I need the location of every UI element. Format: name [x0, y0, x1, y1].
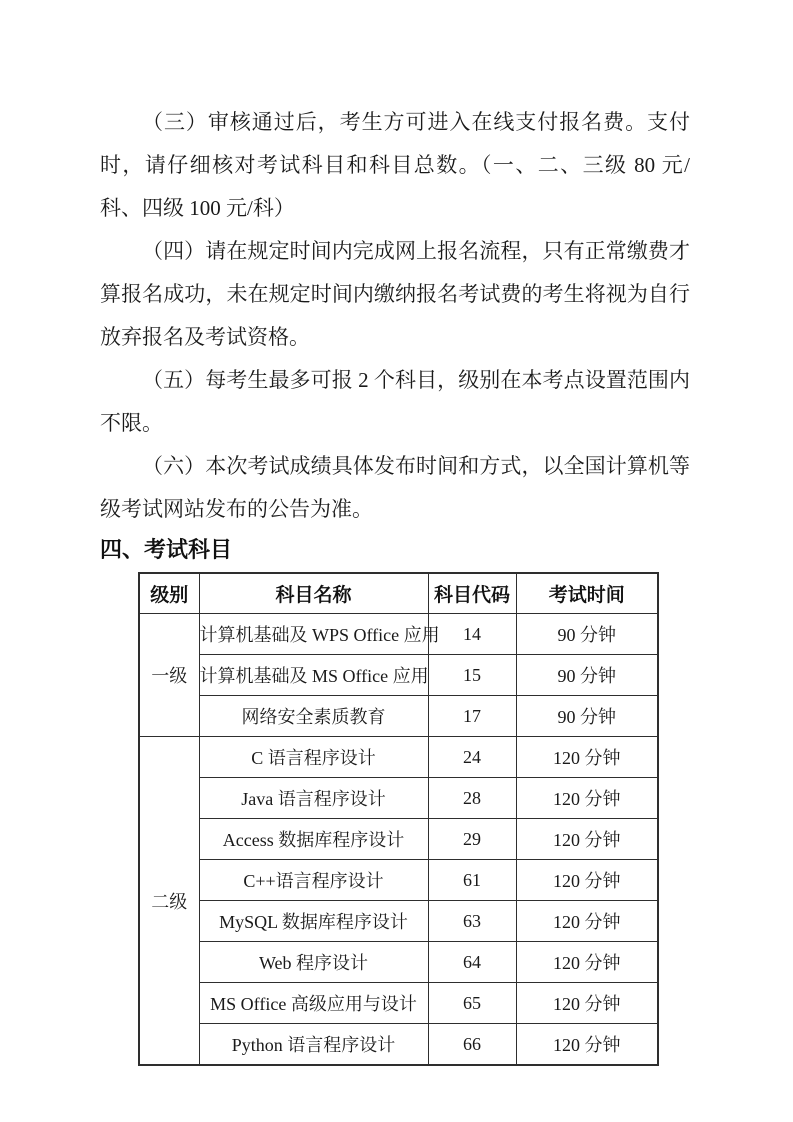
- duration-cell: 120 分钟: [516, 1024, 658, 1066]
- col-header-level: 级别: [139, 573, 199, 614]
- subject-cell: Access 数据库程序设计: [199, 819, 428, 860]
- code-cell: 61: [428, 860, 516, 901]
- subject-cell: 计算机基础及 MS Office 应用: [199, 655, 428, 696]
- code-cell: 14: [428, 614, 516, 655]
- col-header-exam-duration: 考试时间: [516, 573, 658, 614]
- level-cell-grade1: 一级: [139, 614, 199, 737]
- level-cell-grade2: 二级: [139, 737, 199, 1066]
- table-row: Java 语言程序设计 28 120 分钟: [139, 778, 658, 819]
- table-row: Web 程序设计 64 120 分钟: [139, 942, 658, 983]
- paragraph-item-6: （六）本次考试成绩具体发布时间和方式，以全国计算机等级考试网站发布的公告为准。: [100, 445, 690, 531]
- duration-cell: 90 分钟: [516, 655, 658, 696]
- duration-cell: 90 分钟: [516, 696, 658, 737]
- col-header-subject-name: 科目名称: [199, 573, 428, 614]
- document-content: （三）审核通过后，考生方可进入在线支付报名费。支付时，请仔细核对考试科目和科目总…: [0, 0, 793, 1066]
- subject-cell: C 语言程序设计: [199, 737, 428, 778]
- subject-cell: Web 程序设计: [199, 942, 428, 983]
- duration-cell: 90 分钟: [516, 614, 658, 655]
- subject-cell: Python 语言程序设计: [199, 1024, 428, 1066]
- table-row: MS Office 高级应用与设计 65 120 分钟: [139, 983, 658, 1024]
- col-header-subject-code: 科目代码: [428, 573, 516, 614]
- code-cell: 65: [428, 983, 516, 1024]
- duration-cell: 120 分钟: [516, 942, 658, 983]
- table-row: 二级 C 语言程序设计 24 120 分钟: [139, 737, 658, 778]
- duration-cell: 120 分钟: [516, 983, 658, 1024]
- code-cell: 24: [428, 737, 516, 778]
- section-heading-exam-subjects: 四、考试科目: [100, 537, 690, 563]
- table-row: Access 数据库程序设计 29 120 分钟: [139, 819, 658, 860]
- code-cell: 28: [428, 778, 516, 819]
- code-cell: 15: [428, 655, 516, 696]
- duration-cell: 120 分钟: [516, 819, 658, 860]
- table-header-row: 级别 科目名称 科目代码 考试时间: [139, 573, 658, 614]
- duration-cell: 120 分钟: [516, 901, 658, 942]
- subject-cell: Java 语言程序设计: [199, 778, 428, 819]
- subject-cell: MySQL 数据库程序设计: [199, 901, 428, 942]
- subject-cell: 计算机基础及 WPS Office 应用: [199, 614, 428, 655]
- paragraph-item-4: （四）请在规定时间内完成网上报名流程，只有正常缴费才算报名成功，未在规定时间内缴…: [100, 230, 690, 359]
- subject-cell: 网络安全素质教育: [199, 696, 428, 737]
- subject-cell: C++语言程序设计: [199, 860, 428, 901]
- duration-cell: 120 分钟: [516, 778, 658, 819]
- code-cell: 29: [428, 819, 516, 860]
- exam-subjects-table: 级别 科目名称 科目代码 考试时间 一级 计算机基础及 WPS Office 应…: [138, 572, 659, 1066]
- table-row: C++语言程序设计 61 120 分钟: [139, 860, 658, 901]
- table-row: 计算机基础及 MS Office 应用 15 90 分钟: [139, 655, 658, 696]
- table-row: MySQL 数据库程序设计 63 120 分钟: [139, 901, 658, 942]
- duration-cell: 120 分钟: [516, 737, 658, 778]
- code-cell: 63: [428, 901, 516, 942]
- paragraph-item-3: （三）审核通过后，考生方可进入在线支付报名费。支付时，请仔细核对考试科目和科目总…: [100, 101, 690, 230]
- table-row: Python 语言程序设计 66 120 分钟: [139, 1024, 658, 1066]
- table-row: 一级 计算机基础及 WPS Office 应用 14 90 分钟: [139, 614, 658, 655]
- paragraph-item-5: （五）每考生最多可报 2 个科目，级别在本考点设置范围内不限。: [100, 359, 690, 445]
- code-cell: 17: [428, 696, 516, 737]
- duration-cell: 120 分钟: [516, 860, 658, 901]
- table-row: 网络安全素质教育 17 90 分钟: [139, 696, 658, 737]
- code-cell: 64: [428, 942, 516, 983]
- code-cell: 66: [428, 1024, 516, 1066]
- subject-cell: MS Office 高级应用与设计: [199, 983, 428, 1024]
- document-page: （三）审核通过后，考生方可进入在线支付报名费。支付时，请仔细核对考试科目和科目总…: [0, 0, 793, 1122]
